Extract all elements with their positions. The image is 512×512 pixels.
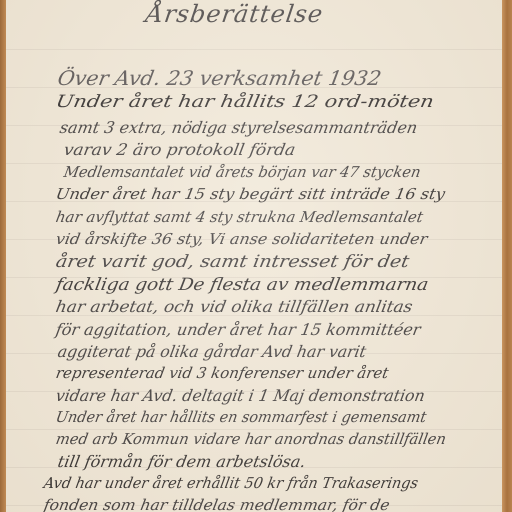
text-line: har arbetat, och vid olika tillfällen an… xyxy=(54,297,414,316)
text-line: Över Avd. 23 verksamhet 1932 xyxy=(56,66,383,90)
text-line: Under året har hållits 12 ord-möten xyxy=(54,92,435,112)
text-line: vid årskifte 36 sty, Vi anse solidaritet… xyxy=(54,230,428,248)
text-line: representerad vid 3 konferenser under år… xyxy=(54,364,390,382)
text-line: Medlemsantalet vid årets början var 47 s… xyxy=(62,163,422,181)
text-line: aggiterat på olika gårdar Avd har varit xyxy=(56,342,367,361)
text-line: året varit god, samt intresset för det xyxy=(54,252,410,272)
text-line: Under året har hållits en sommarfest i g… xyxy=(54,408,428,426)
handwritten-page: Årsberättelse Över Avd. 23 verksamhet 19… xyxy=(6,0,502,512)
text-line: Under året har 15 sty begärt sitt inträd… xyxy=(54,185,446,203)
text-line: med arb Kommun vidare har anordnas danst… xyxy=(54,430,447,448)
text-line: samt 3 extra, nödiga styrelsesammanträde… xyxy=(58,118,419,137)
text-line: för aggitation, under året har 15 kommit… xyxy=(54,320,422,339)
text-line: vidare har Avd. deltagit i 1 Maj demonst… xyxy=(54,386,426,405)
text-line: fonden som har tilldelas medlemmar, för … xyxy=(42,496,391,512)
frame-right-edge xyxy=(502,0,512,512)
text-line: Avd har under året erhållit 50 kr från T… xyxy=(42,474,419,492)
text-line: fackliga gott De flesta av medlemmarna xyxy=(54,275,430,295)
document-title: Årsberättelse xyxy=(144,0,325,28)
text-line: har avflyttat samt 4 sty strukna Medlems… xyxy=(54,208,424,226)
text-line: varav 2 äro protokoll förda xyxy=(62,140,297,159)
text-line: till förmån för dem arbetslösa. xyxy=(56,452,307,471)
